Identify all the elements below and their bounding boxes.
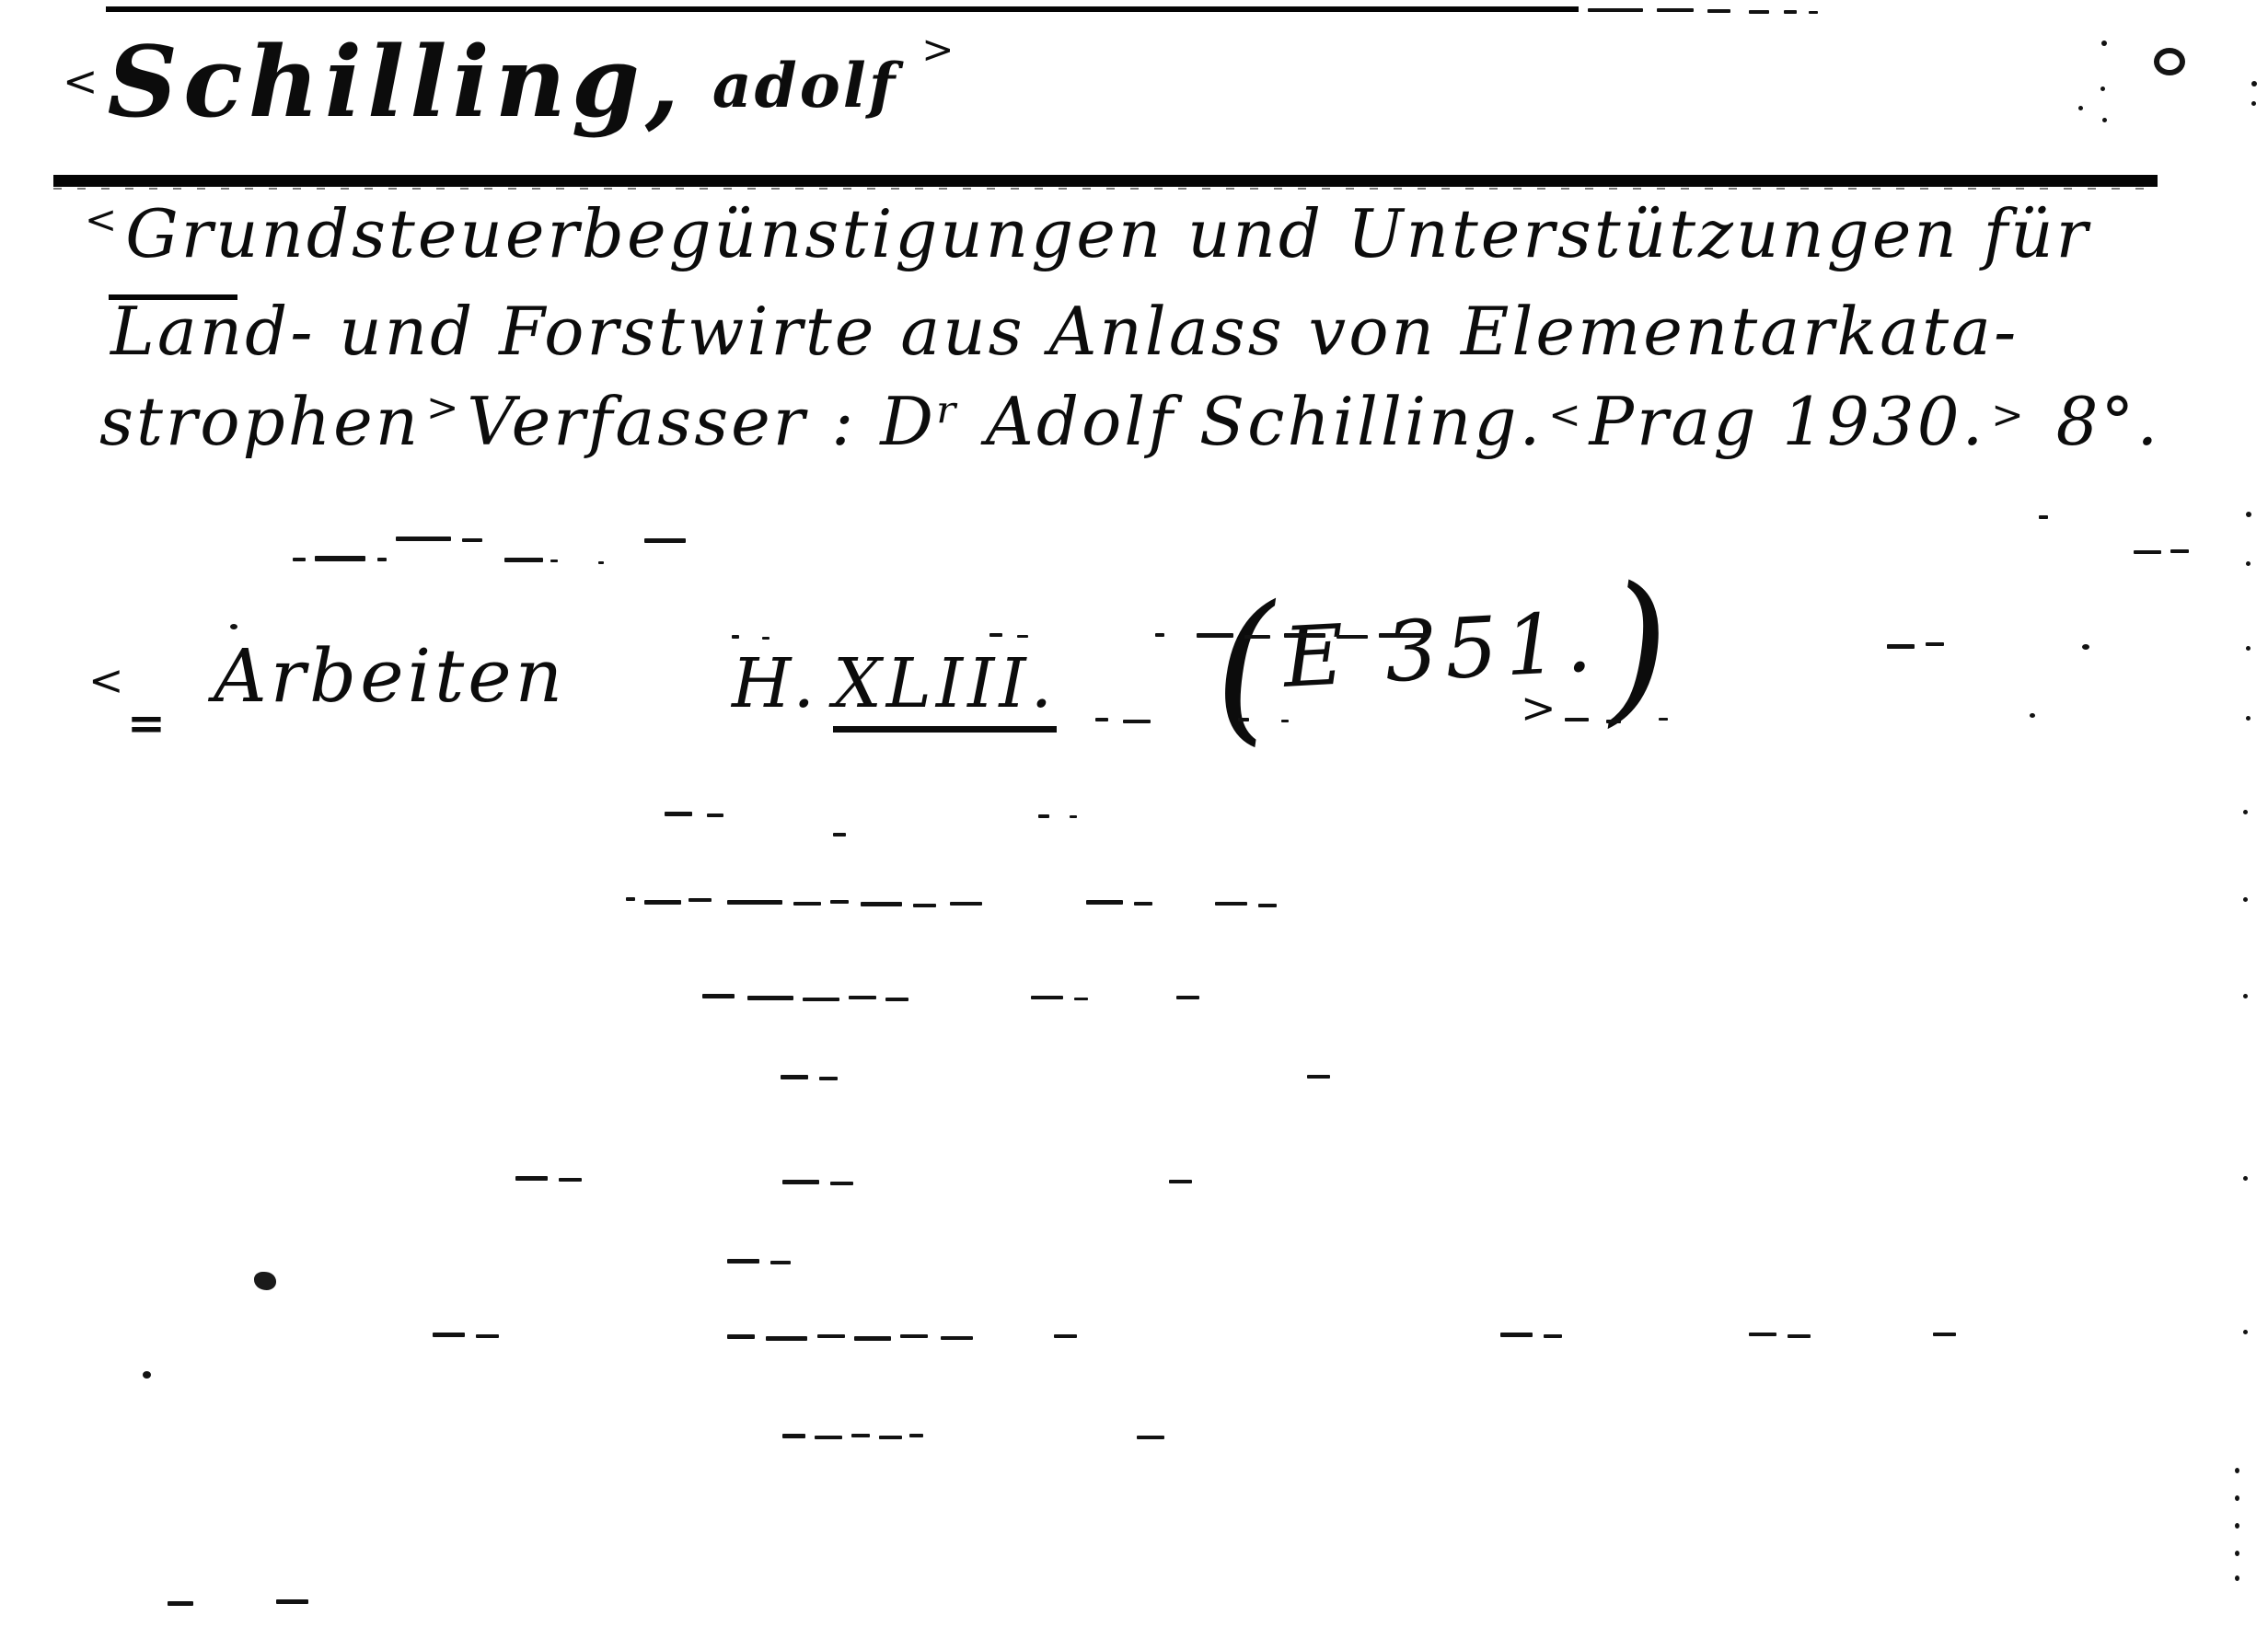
scan-artifact-dash xyxy=(849,996,876,999)
scan-artifact-dash xyxy=(2170,549,2189,553)
scan-artifact-dot xyxy=(2251,81,2257,87)
scan-artifact-dash xyxy=(727,900,782,905)
scan-artifact-dash xyxy=(1659,718,1668,721)
book-format: 8°. xyxy=(2056,383,2161,460)
title-text-2: Land- und Forstwirte aus Anlass von Elem… xyxy=(110,293,2019,370)
scan-artifact-dash xyxy=(1887,644,1915,649)
scan-artifact-dot xyxy=(2246,512,2251,517)
scan-artifact-dash xyxy=(1238,718,1249,721)
scan-artifact-dash xyxy=(1031,996,1063,999)
scan-artifact-dash xyxy=(854,1336,891,1341)
scan-artifact-dash xyxy=(727,1334,755,1339)
scan-artifact-dash xyxy=(861,902,902,906)
volume-label: H. xyxy=(732,644,816,723)
scan-artifact-dash xyxy=(598,561,604,564)
scan-artifact-dash xyxy=(293,558,306,561)
author-surname: Schilling, xyxy=(108,24,685,139)
scan-artifact-dash xyxy=(1379,633,1429,638)
scan-artifact-dash xyxy=(1707,9,1730,13)
title-text-1: Grundsteuerbegünstigungen und Unterstütz… xyxy=(125,195,2090,272)
shelfmark-paren-open: ( xyxy=(1209,585,1281,750)
scan-artifact-dot xyxy=(2243,1330,2248,1334)
scan-artifact-dash xyxy=(1017,635,1028,638)
scan-artifact-dot xyxy=(2243,897,2248,902)
scan-artifact-dash xyxy=(433,1333,465,1337)
editorial-bracket-open: < xyxy=(63,56,98,106)
scan-artifact-dash xyxy=(1809,11,1818,14)
scan-artifact-dot xyxy=(2101,40,2107,46)
scan-artifact-dot xyxy=(2235,1495,2239,1501)
catalog-card-scan: < Schilling, adolf > <Grundsteuerbegünst… xyxy=(0,0,2268,1627)
scan-artifact-dot xyxy=(2100,87,2105,91)
scan-artifact-dash xyxy=(707,813,723,817)
scan-artifact-dash xyxy=(1258,904,1277,907)
scan-artifact-dash xyxy=(747,996,793,1000)
scan-artifact-dash xyxy=(1749,1333,1776,1336)
scan-artifact-dash xyxy=(1137,1436,1164,1439)
scan-artifact-dash xyxy=(803,998,839,1001)
scan-artifact-dash xyxy=(1749,10,1769,14)
scan-artifact-dash xyxy=(950,902,982,906)
scan-artifact-dash xyxy=(1134,902,1152,906)
author-heading: < Schilling, adolf > xyxy=(63,24,954,139)
scan-artifact-dot xyxy=(143,1371,151,1379)
scan-artifact-dot xyxy=(2243,1176,2248,1181)
editorial-bracket-open: < xyxy=(79,197,125,242)
scan-artifact-dash xyxy=(515,1176,548,1181)
scan-artifact-dash xyxy=(1197,633,1233,638)
entry-bracket-open: < xyxy=(88,655,124,705)
scan-artifact-dash xyxy=(833,833,846,837)
scan-artifact-dash xyxy=(782,1434,805,1438)
scan-artifact-dash xyxy=(2039,515,2048,519)
scan-artifact-dash xyxy=(989,633,1002,637)
scan-artifact-dash xyxy=(1038,814,1049,818)
editorial-bracket-close: > xyxy=(921,27,954,72)
scan-artifact-dot xyxy=(2235,1468,2239,1473)
scan-artifact-dot xyxy=(2243,810,2248,814)
scan-artifact-bar xyxy=(106,6,1579,12)
scan-artifact-dash xyxy=(766,1336,807,1341)
scan-artifact-dot xyxy=(2235,1575,2239,1581)
scan-artifact-dash xyxy=(1281,720,1289,722)
editorial-bracket-close: > xyxy=(1985,392,2031,437)
scan-artifact-dash xyxy=(1500,1333,1533,1337)
scan-artifact-dash xyxy=(1070,815,1077,818)
scan-artifact-dash xyxy=(276,1599,308,1604)
scan-artifact-dash xyxy=(1054,1334,1077,1338)
scan-artifact-dash xyxy=(1176,996,1199,999)
scan-artifact-dash xyxy=(885,998,908,1001)
scan-artifact-dash xyxy=(504,558,543,562)
scan-artifact-dash xyxy=(476,1334,499,1338)
scan-artifact-dot xyxy=(2082,644,2089,650)
scan-artifact-dash xyxy=(1307,1075,1330,1079)
shelfmark-code: E 351. xyxy=(1274,593,1609,707)
scan-artifact-dot xyxy=(2078,106,2083,110)
shelfmark: ( E 351. ) xyxy=(1209,564,1674,750)
scan-artifact-dash xyxy=(1784,10,1797,14)
scan-artifact-dash xyxy=(168,1601,193,1606)
scan-artifact-dash xyxy=(900,1334,928,1338)
scan-artifact-dash xyxy=(559,1178,582,1182)
scan-artifact-dash xyxy=(1606,720,1621,723)
scan-artifact-dash xyxy=(1657,8,1694,12)
scan-artifact-smudge xyxy=(254,1272,276,1290)
scan-artifact-bar xyxy=(109,294,237,300)
imprint-place-year: Prag 1930. xyxy=(1590,383,1986,460)
title-line-3: strophen>Verfasser : Dʳ Adolf Schilling.… xyxy=(99,383,2160,460)
volume-statement: H.XLIII. xyxy=(732,644,1057,723)
scan-artifact-dash xyxy=(781,1075,808,1079)
scan-artifact-dash xyxy=(913,904,936,907)
heading-rule xyxy=(53,175,2158,187)
scan-artifact-dash xyxy=(815,1436,842,1439)
scan-artifact-dash xyxy=(782,1180,819,1184)
scan-artifact-dash xyxy=(941,1336,973,1340)
scan-artifact-dash xyxy=(909,1434,923,1437)
scan-artifact-dot xyxy=(2246,716,2251,721)
editorial-bracket-open: < xyxy=(1543,392,1589,437)
scan-artifact-dot xyxy=(2030,713,2035,718)
scan-artifact-dot xyxy=(230,624,237,629)
series-title: Arbeiten xyxy=(214,633,566,719)
editorial-bracket-close: > xyxy=(421,385,467,430)
scan-artifact-dot xyxy=(2235,1523,2239,1529)
scan-artifact-dash xyxy=(1169,1180,1192,1183)
scan-artifact-dash xyxy=(1788,1334,1811,1338)
scan-artifact-dash xyxy=(879,1436,902,1439)
scan-artifact-dash xyxy=(793,902,821,906)
scan-artifact-dash xyxy=(1565,718,1589,721)
scan-artifact-dash xyxy=(770,1261,791,1264)
scan-artifact-dash xyxy=(1155,633,1164,637)
scan-artifact-dash xyxy=(1933,1333,1956,1336)
scan-artifact-dot xyxy=(2246,561,2251,566)
scan-artifact-dash xyxy=(1074,998,1088,1000)
scan-artifact-dash xyxy=(626,897,635,901)
scan-artifact-dash xyxy=(462,538,482,542)
scan-artifact-dash xyxy=(830,900,849,904)
scan-artifact-dash xyxy=(830,1182,853,1185)
scan-artifact-dash xyxy=(2134,550,2161,554)
scan-artifact-dash xyxy=(1244,635,1270,639)
scan-artifact-dash xyxy=(688,898,712,902)
scan-artifact-dash xyxy=(644,900,681,905)
author-forename: adolf xyxy=(712,50,897,121)
title-line-1: <Grundsteuerbegünstigungen und Unterstüt… xyxy=(79,195,2090,272)
shelfmark-paren-close: ) xyxy=(1603,564,1674,729)
scan-artifact-dash xyxy=(644,538,686,543)
scan-artifact-dash xyxy=(315,556,365,561)
entry-bracket-close: > xyxy=(1521,683,1556,733)
scan-artifact-dash xyxy=(1086,900,1123,905)
scan-artifact-dash xyxy=(819,1077,838,1080)
scan-artifact-dash xyxy=(1284,633,1325,638)
scan-artifact-dot xyxy=(2102,118,2107,122)
scan-artifact-dash xyxy=(1123,720,1151,723)
scan-artifact-dash xyxy=(732,635,739,639)
title-text-3: strophen xyxy=(99,383,421,460)
scan-artifact-dash xyxy=(1095,718,1108,721)
title-line-2: Land- und Forstwirte aus Anlass von Elem… xyxy=(110,293,2019,370)
imprint-statement: Verfasser : Dʳ Adolf Schilling. xyxy=(467,383,1543,460)
scan-artifact-dash xyxy=(1588,8,1643,12)
scan-artifact-dot xyxy=(2246,646,2251,651)
scan-artifact-dash xyxy=(702,994,735,998)
scan-artifact-dash xyxy=(1215,902,1247,906)
scan-artifact-dash xyxy=(1926,642,1944,646)
scan-artifact-dot xyxy=(2251,101,2256,106)
scan-artifact-dash xyxy=(727,1259,759,1264)
volume-number: XLIII. xyxy=(833,644,1057,733)
scan-artifact-dash xyxy=(762,637,769,640)
scan-artifact-dash xyxy=(550,560,558,562)
scan-artifact-dash xyxy=(665,812,692,816)
scan-artifact-dot xyxy=(2243,994,2248,998)
scan-artifact-dash xyxy=(396,537,451,541)
scan-artifact-dash xyxy=(817,1334,845,1338)
scan-artifact-dash xyxy=(377,558,387,561)
scan-artifact-dash xyxy=(1336,635,1368,639)
scan-artifact-dot xyxy=(2235,1551,2239,1556)
scan-artifact-ring xyxy=(2154,48,2185,75)
scan-artifact-dash xyxy=(851,1434,870,1437)
scan-artifact-dash xyxy=(1544,1334,1562,1338)
entry-equals-mark: = xyxy=(127,696,166,750)
